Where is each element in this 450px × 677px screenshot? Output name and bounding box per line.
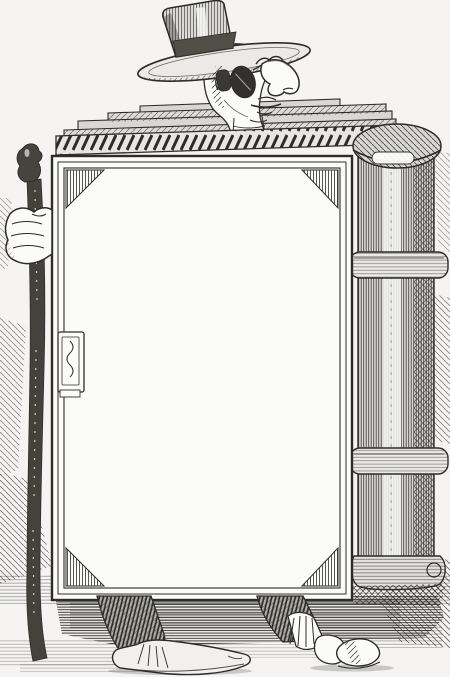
spine-band-lower xyxy=(350,448,448,474)
spine-base xyxy=(350,556,446,606)
top-hat xyxy=(163,0,236,57)
front-cover xyxy=(52,156,352,600)
spine-top-cap xyxy=(353,124,441,168)
gripping-hand xyxy=(6,208,52,264)
pince-nez-rear-lens xyxy=(216,69,232,92)
blank-panel xyxy=(64,168,340,588)
clasp xyxy=(58,332,84,397)
spine-highlight xyxy=(383,152,401,568)
illustration-canvas: Vintage engraving-style cartoon: a man c… xyxy=(0,0,450,677)
spine-band-upper xyxy=(350,252,448,278)
book-spine xyxy=(350,124,448,606)
bookman-illustration: Vintage engraving-style cartoon: a man c… xyxy=(0,0,450,677)
stick-knob xyxy=(17,144,42,182)
